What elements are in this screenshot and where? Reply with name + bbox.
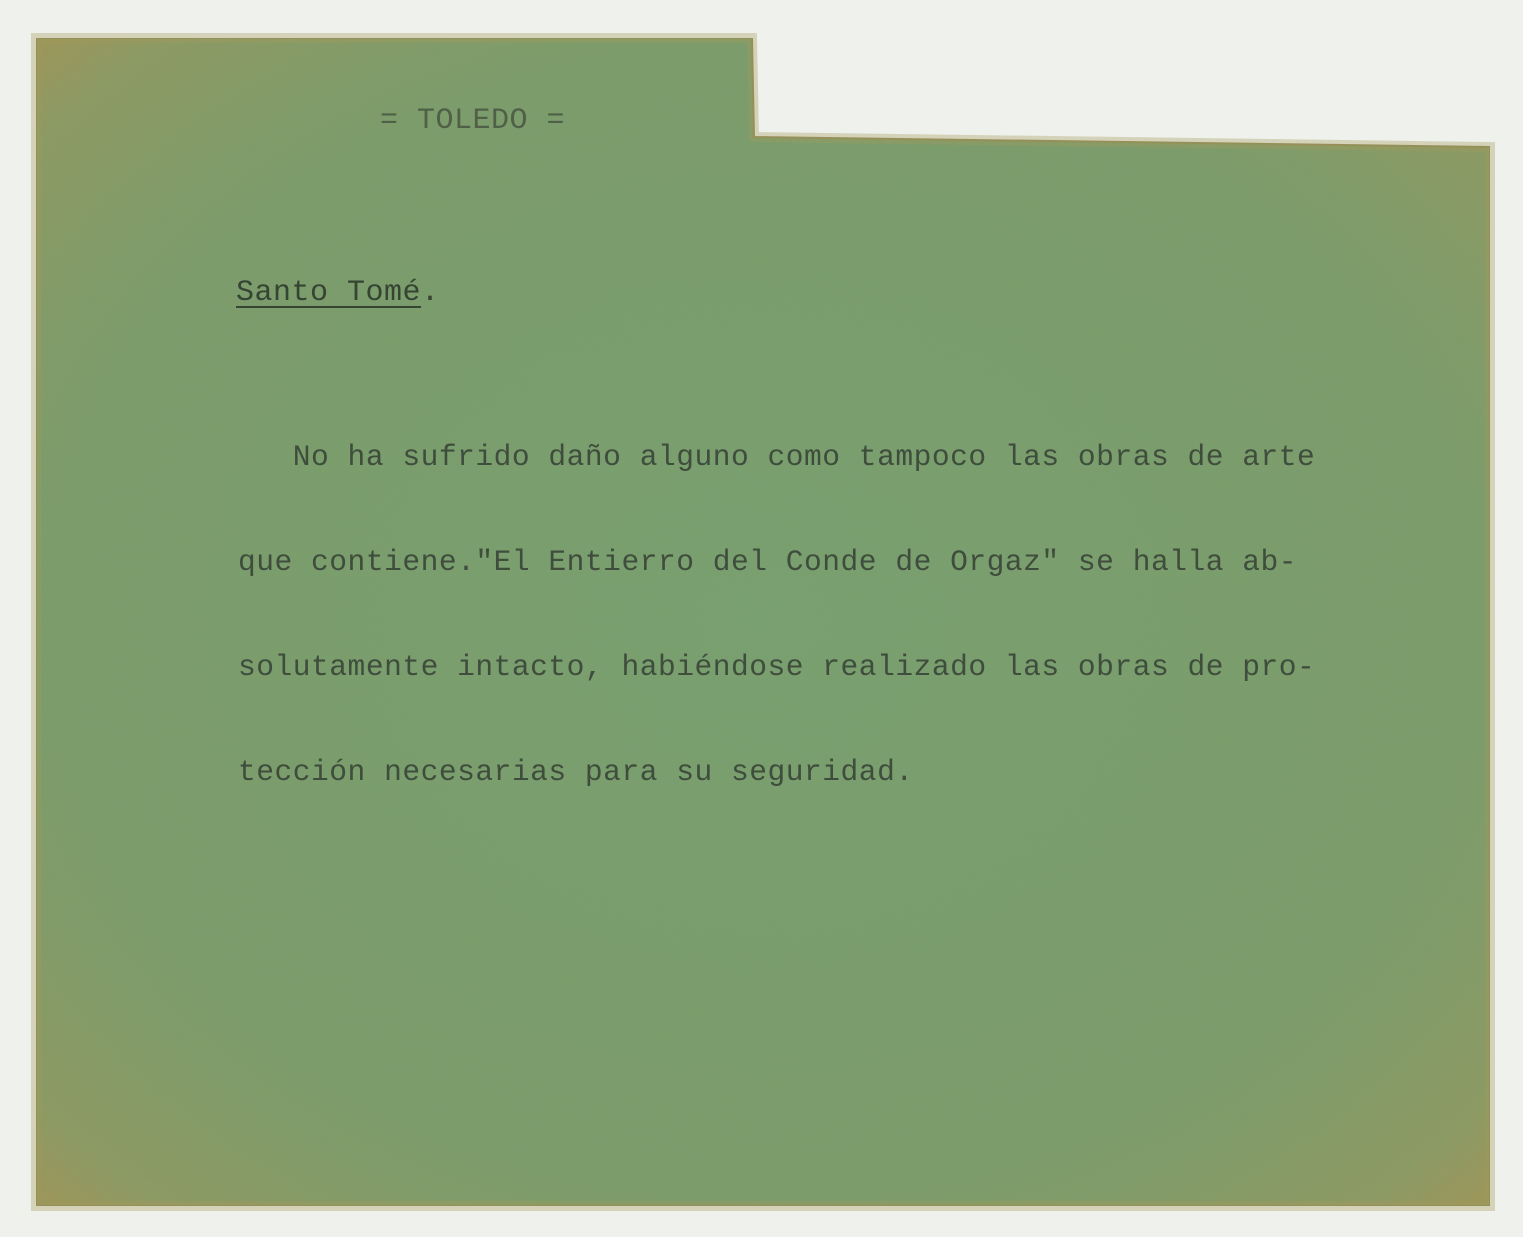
body-line: No ha sufrido daño alguno como tampoco l…	[238, 440, 1315, 475]
body-line: solutamente intacto, habiéndose realizad…	[238, 650, 1315, 685]
scanned-document: = TOLEDO = Santo Tomé. No ha sufrido dañ…	[0, 0, 1523, 1237]
body-line: tección necesarias para su seguridad.	[238, 755, 1315, 790]
body-line: que contiene."El Entierro del Conde de O…	[238, 545, 1315, 580]
card-heading: = TOLEDO =	[380, 104, 565, 138]
subtitle-period: .	[421, 276, 440, 310]
card-body: No ha sufrido daño alguno como tampoco l…	[238, 370, 1315, 860]
card-subtitle: Santo Tomé.	[236, 276, 440, 310]
subtitle-text: Santo Tomé	[236, 276, 421, 310]
